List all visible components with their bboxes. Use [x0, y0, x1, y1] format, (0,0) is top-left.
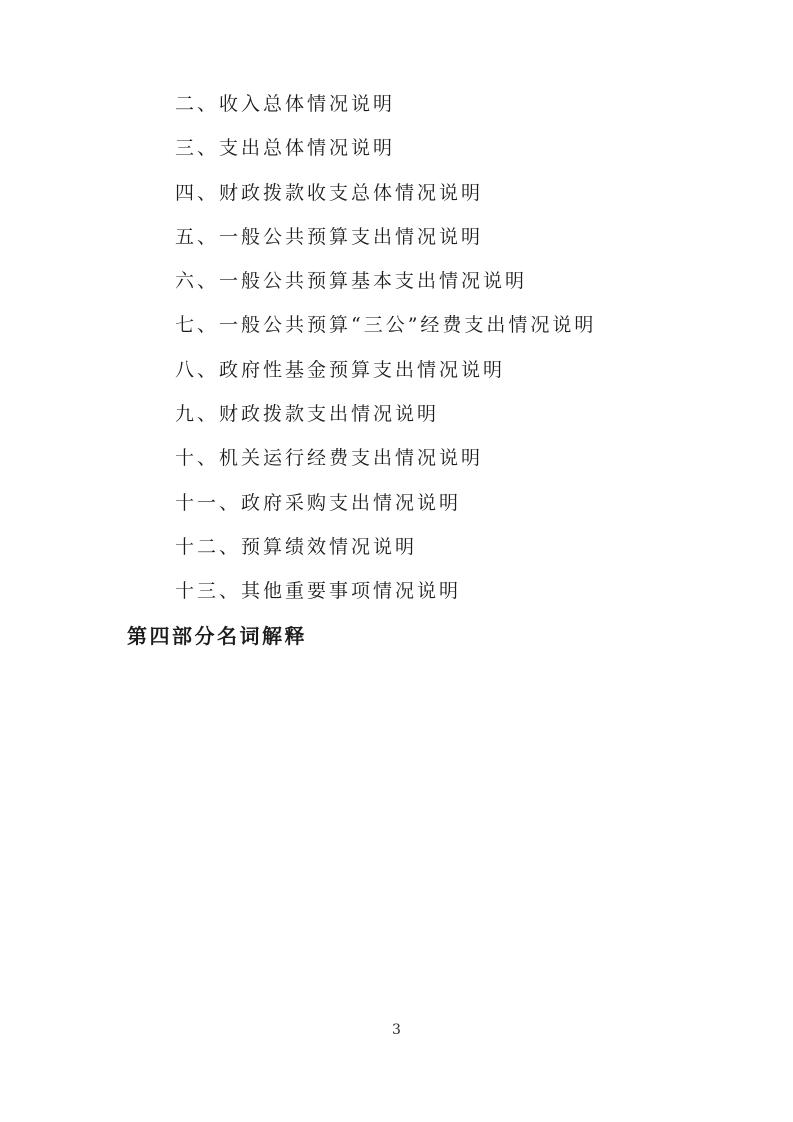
table-of-contents: 二、收入总体情况说明 三、支出总体情况说明 四、财政拨款收支总体情况说明 五、一… — [175, 82, 596, 614]
toc-item-2: 二、收入总体情况说明 — [175, 82, 596, 126]
toc-item-8: 八、政府性基金预算支出情况说明 — [175, 348, 596, 392]
toc-item-7: 七、一般公共预算“三公”经费支出情况说明 — [175, 303, 596, 347]
toc-item-10: 十、机关运行经费支出情况说明 — [175, 436, 596, 480]
toc-item-12: 十二、预算绩效情况说明 — [175, 525, 596, 569]
document-page: 二、收入总体情况说明 三、支出总体情况说明 四、财政拨款收支总体情况说明 五、一… — [0, 0, 793, 1122]
toc-item-5: 五、一般公共预算支出情况说明 — [175, 215, 596, 259]
toc-item-6: 六、一般公共预算基本支出情况说明 — [175, 259, 596, 303]
toc-item-11: 十一、政府采购支出情况说明 — [175, 481, 596, 525]
section-heading-part4: 第四部分名词解释 — [127, 620, 307, 649]
toc-item-9: 九、财政拨款支出情况说明 — [175, 392, 596, 436]
page-footer: 3 — [0, 1019, 793, 1038]
toc-item-3: 三、支出总体情况说明 — [175, 126, 596, 170]
page-number: 3 — [392, 1022, 401, 1038]
toc-item-13: 十三、其他重要事项情况说明 — [175, 569, 596, 613]
toc-item-4: 四、财政拨款收支总体情况说明 — [175, 171, 596, 215]
